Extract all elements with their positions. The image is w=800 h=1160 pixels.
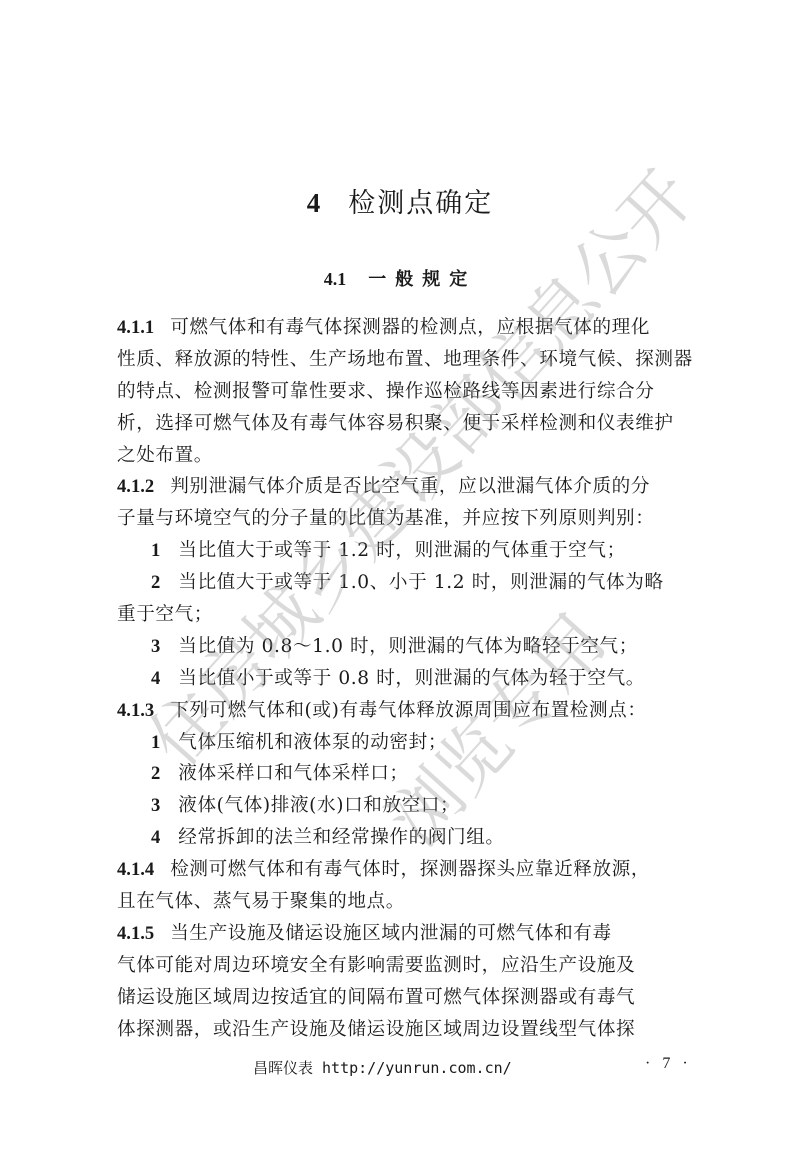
line-text: 重于空气； — [117, 604, 213, 625]
document-page: 4检测点确定 4.1一般规定 4.1.1可燃气体和有毒气体探测器的检测点，应根据… — [0, 0, 800, 1160]
text-line: 重于空气； — [117, 599, 675, 631]
line-text: 经常拆卸的法兰和经常操作的阀门组。 — [178, 827, 504, 848]
text-line: 性质、释放源的特性、生产场地布置、地理条件、环境气候、探测器 — [117, 344, 675, 376]
item-number: 4 — [151, 668, 160, 689]
line-text: 检测可燃气体和有毒气体时，探测器探头应靠近释放源， — [170, 859, 650, 880]
line-text: 性质、释放源的特性、生产场地布置、地理条件、环境气候、探测器 — [117, 349, 693, 370]
clause-line: 4.1.5当生产设施及储运设施区域内泄漏的可燃气体和有毒 — [117, 918, 675, 950]
clause-number: 4.1.2 — [117, 476, 154, 497]
line-text: 子量与环境空气的分子量的比值为基准，并应按下列原则判别： — [117, 508, 654, 529]
text-line: 且在气体、蒸气易于聚集的地点。 — [117, 886, 675, 918]
line-text: 当比值大于或等于 1.0、小于 1.2 时，则泄漏的气体为略 — [178, 572, 663, 593]
text-line: 之处布置。 — [117, 440, 675, 472]
item-number: 4 — [151, 827, 160, 848]
line-text: 储运设施区域周边按适宜的间隔布置可燃气体探测器或有毒气 — [117, 987, 635, 1008]
text-line: 气体可能对周边环境安全有影响需要监测时，应沿生产设施及 — [117, 950, 675, 982]
list-item-line: 1气体压缩机和液体泵的动密封； — [117, 727, 675, 759]
line-text: 当比值为 0.8～1.0 时，则泄漏的气体为略轻于空气； — [178, 636, 638, 657]
line-text: 之处布置。 — [117, 445, 213, 466]
line-text: 判别泄漏气体介质是否比空气重，应以泄漏气体介质的分 — [170, 476, 650, 497]
line-text: 液体(气体)排液(水)口和放空口； — [178, 795, 459, 816]
list-item-line: 2液体采样口和气体采样口； — [117, 758, 675, 790]
text-line: 析，选择可燃气体及有毒气体容易积聚、便于采样检测和仪表维护 — [117, 408, 675, 440]
item-number: 2 — [151, 763, 160, 784]
clause-line: 4.1.4检测可燃气体和有毒气体时，探测器探头应靠近释放源， — [117, 854, 675, 886]
list-item-line: 3液体(气体)排液(水)口和放空口； — [117, 790, 675, 822]
clause-line: 4.1.1可燃气体和有毒气体探测器的检测点，应根据气体的理化 — [117, 312, 675, 344]
clause-number: 4.1.5 — [117, 923, 154, 944]
list-item-line: 3当比值为 0.8～1.0 时，则泄漏的气体为略轻于空气； — [117, 631, 675, 663]
body-text: 4.1.1可燃气体和有毒气体探测器的检测点，应根据气体的理化性质、释放源的特性、… — [117, 312, 675, 1045]
text-line: 体探测器，或沿生产设施及储运设施区域周边设置线型气体探 — [117, 1014, 675, 1046]
section-title-text: 一般规定 — [368, 269, 476, 290]
line-text: 当生产设施及储运设施区域内泄漏的可燃气体和有毒 — [170, 923, 611, 944]
text-line: 储运设施区域周边按适宜的间隔布置可燃气体探测器或有毒气 — [117, 982, 675, 1014]
footer-text: 昌晖仪表 http://yunrun.com.cn/ — [253, 1057, 512, 1078]
clause-number: 4.1.3 — [117, 700, 154, 721]
item-number: 1 — [151, 540, 160, 561]
item-number: 3 — [151, 795, 160, 816]
chapter-title: 4检测点确定 — [0, 181, 800, 220]
clause-line: 4.1.3下列可燃气体和(或)有毒气体释放源周围应布置检测点： — [117, 695, 675, 727]
line-text: 气体可能对周边环境安全有影响需要监测时，应沿生产设施及 — [117, 955, 635, 976]
line-text: 的特点、检测报警可靠性要求、操作巡检路线等因素进行综合分 — [117, 381, 654, 402]
item-number: 3 — [151, 636, 160, 657]
clause-line: 4.1.2判别泄漏气体介质是否比空气重，应以泄漏气体介质的分 — [117, 471, 675, 503]
line-text: 气体压缩机和液体泵的动密封； — [178, 732, 447, 753]
section-number: 4.1 — [324, 269, 347, 289]
line-text: 当比值大于或等于 1.2 时，则泄漏的气体重于空气； — [178, 540, 625, 561]
line-text: 且在气体、蒸气易于聚集的地点。 — [117, 891, 405, 912]
list-item-line: 2当比值大于或等于 1.0、小于 1.2 时，则泄漏的气体为略 — [117, 567, 675, 599]
item-number: 1 — [151, 732, 160, 753]
chapter-number: 4 — [307, 188, 323, 218]
section-title: 4.1一般规定 — [0, 265, 800, 291]
page-number: · 7 · — [645, 1055, 692, 1073]
text-line: 子量与环境空气的分子量的比值为基准，并应按下列原则判别： — [117, 503, 675, 535]
line-text: 体探测器，或沿生产设施及储运设施区域周边设置线型气体探 — [117, 1019, 635, 1040]
line-text: 当比值小于或等于 0.8 时，则泄漏的气体为轻于空气。 — [178, 668, 645, 689]
list-item-line: 4经常拆卸的法兰和经常操作的阀门组。 — [117, 822, 675, 854]
line-text: 下列可燃气体和(或)有毒气体释放源周围应布置检测点： — [170, 700, 646, 721]
text-line: 的特点、检测报警可靠性要求、操作巡检路线等因素进行综合分 — [117, 376, 675, 408]
list-item-line: 4当比值小于或等于 0.8 时，则泄漏的气体为轻于空气。 — [117, 663, 675, 695]
clause-number: 4.1.4 — [117, 859, 154, 880]
item-number: 2 — [151, 572, 160, 593]
line-text: 液体采样口和气体采样口； — [178, 763, 408, 784]
clause-number: 4.1.1 — [117, 317, 154, 338]
line-text: 可燃气体和有毒气体探测器的检测点，应根据气体的理化 — [170, 317, 650, 338]
list-item-line: 1当比值大于或等于 1.2 时，则泄漏的气体重于空气； — [117, 535, 675, 567]
chapter-title-text: 检测点确定 — [348, 188, 493, 219]
line-text: 析，选择可燃气体及有毒气体容易积聚、便于采样检测和仪表维护 — [117, 413, 674, 434]
